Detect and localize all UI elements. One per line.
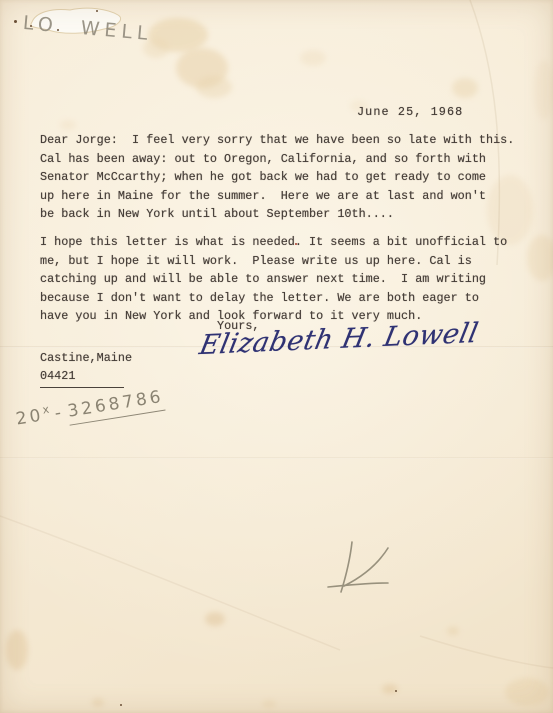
paper-stain xyxy=(300,50,326,66)
address-city-line: Castine,Maine xyxy=(40,349,132,368)
paper-stain xyxy=(92,698,104,707)
catalog-digits: 3268786 xyxy=(66,386,165,425)
pencil-owner-note: LO WELL xyxy=(22,12,153,45)
paper-speck xyxy=(14,20,17,23)
address-zip-line: 04421 xyxy=(40,367,124,388)
paper-stain xyxy=(534,60,553,120)
fold-crease xyxy=(0,457,553,459)
paper-stain xyxy=(447,627,459,635)
letter-body-paragraph-1: Dear Jorge: I feel very sorry that we ha… xyxy=(40,131,514,224)
paper-stain xyxy=(505,678,549,706)
address-zip-value: 04421 xyxy=(40,367,124,388)
paper-stain xyxy=(452,78,478,98)
catalog-separator: - xyxy=(53,402,65,423)
scanned-letter-page: LO WELL June 25, 1968 Dear Jorge: I feel… xyxy=(0,0,553,713)
paper-stain xyxy=(205,612,225,626)
letter-body-paragraph-2: I hope this letter is what is needed. It… xyxy=(40,233,507,326)
pencil-check-mark xyxy=(322,538,396,602)
paper-stain xyxy=(382,684,398,694)
paper-stain xyxy=(6,630,28,670)
paper-stain xyxy=(148,18,208,52)
pencil-catalog-number: 20x-3268786 xyxy=(14,385,165,430)
paper-speck xyxy=(120,704,122,706)
paper-stain xyxy=(196,76,232,98)
letter-date: June 25, 1968 xyxy=(357,103,463,122)
paper-stain xyxy=(176,48,228,88)
paper-stain xyxy=(262,700,276,708)
catalog-superscript: x xyxy=(42,403,51,417)
paper-speck xyxy=(395,690,397,692)
paper-stain xyxy=(60,120,76,130)
catalog-prefix: 20 xyxy=(15,405,45,429)
paper-speck xyxy=(96,10,98,12)
paper-stain xyxy=(527,235,553,281)
